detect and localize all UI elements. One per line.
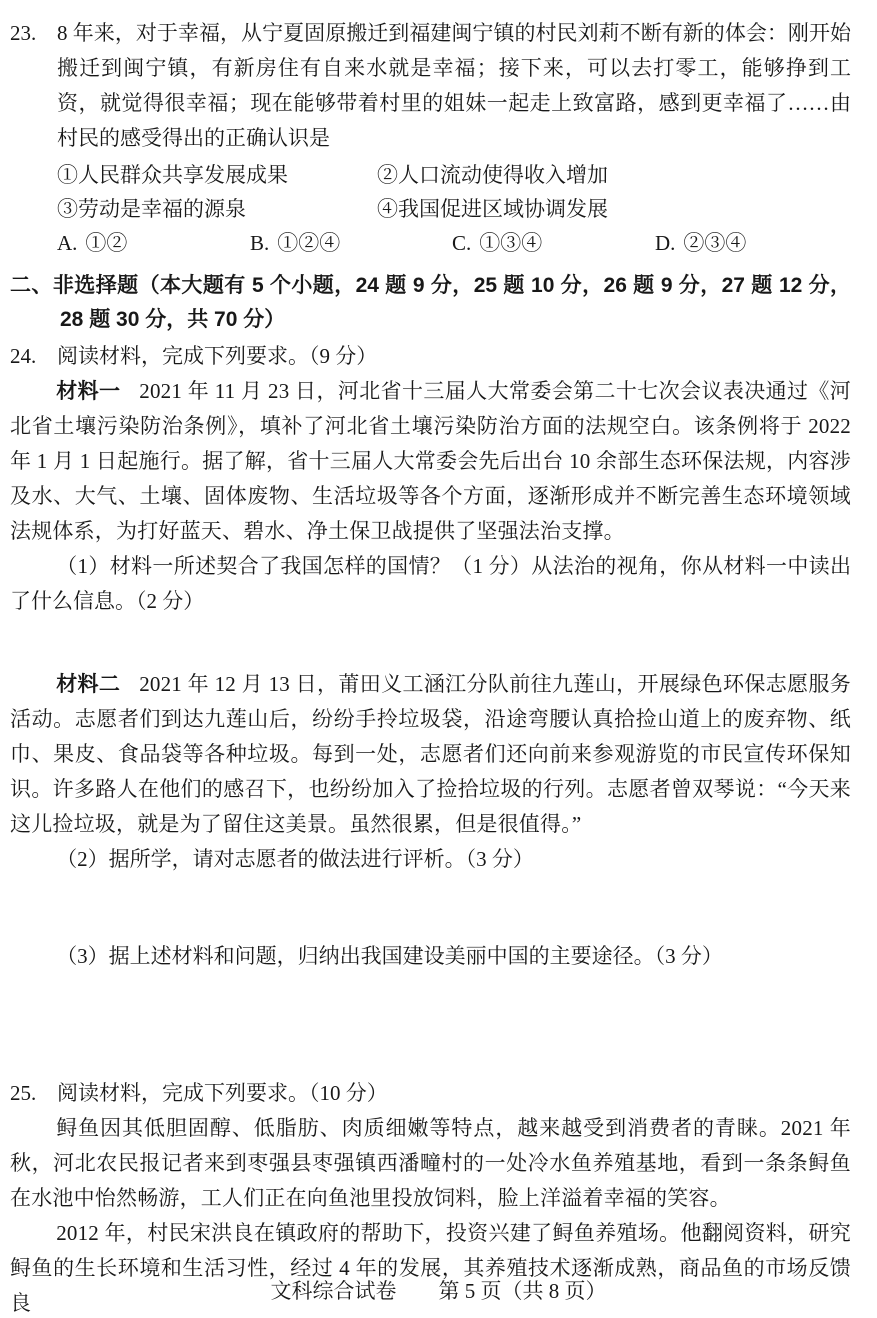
- choice-B: B.①②④: [250, 226, 452, 261]
- material-1-label: 材料一: [56, 379, 120, 403]
- choice-B-value: ①②④: [277, 231, 340, 255]
- option-1: ①人民群众共享发展成果: [57, 158, 377, 192]
- question-24-stem-text: 阅读材料，完成下列要求。（9 分）: [57, 344, 377, 368]
- question-25-paragraph-1: 鲟鱼因其低胆固醇、低脂肪、肉质细嫩等特点，越来越受到消费者的青睐。2021 年秋…: [10, 1111, 851, 1216]
- question-23-options: ①人民群众共享发展成果 ②人口流动使得收入增加 ③劳动是幸福的源泉 ④我国促进区…: [57, 158, 851, 226]
- option-4-text: 我国促进区域协调发展: [398, 197, 608, 221]
- material-1-text: 2021 年 11 月 23 日，河北省十三届人大常委会第二十七次会议表决通过《…: [10, 379, 851, 543]
- question-24-number: 24.: [10, 339, 57, 374]
- choice-C: C.①③④: [452, 226, 655, 261]
- option-2: ②人口流动使得收入增加: [377, 158, 851, 192]
- choice-A-label: A.: [57, 231, 77, 255]
- question-23-stem-text: 8 年来，对于幸福，从宁夏固原搬迁到福建闽宁镇的村民刘莉不断有新的体会：刚开始搬…: [57, 21, 851, 150]
- material-2: 材料二2021 年 12 月 13 日，莆田义工涵江分队前往九莲山，开展绿色环保…: [10, 667, 851, 842]
- choice-C-value: ①③④: [479, 231, 542, 255]
- question-25-number: 25.: [10, 1076, 57, 1111]
- choice-B-label: B.: [250, 231, 269, 255]
- sub-question-3: （3）据上述材料和问题，归纳出我国建设美丽中国的主要途径。（3 分）: [10, 939, 851, 974]
- question-23-stem: 23.8 年来，对于幸福，从宁夏固原搬迁到福建闽宁镇的村民刘莉不断有新的体会：刚…: [10, 16, 851, 156]
- question-23: 23.8 年来，对于幸福，从宁夏固原搬迁到福建闽宁镇的村民刘莉不断有新的体会：刚…: [10, 16, 851, 261]
- option-1-marker: ①: [57, 163, 78, 187]
- question-24-stem: 24.阅读材料，完成下列要求。（9 分）: [10, 339, 851, 374]
- choice-D-label: D.: [655, 231, 675, 255]
- sub-question-1: （1）材料一所述契合了我国怎样的国情？（1 分）从法治的视角，你从材料一中读出了…: [10, 549, 851, 619]
- answer-space-1: [10, 619, 851, 667]
- answer-space-3: [10, 974, 851, 1074]
- answer-space-2: [10, 877, 851, 939]
- question-23-choices: A.①② B.①②④ C.①③④ D.②③④: [57, 226, 851, 261]
- material-2-label: 材料二: [56, 672, 120, 696]
- choice-D-value: ②③④: [683, 231, 746, 255]
- question-25-stem-text: 阅读材料，完成下列要求。（10 分）: [57, 1081, 388, 1105]
- option-4-marker: ④: [377, 197, 398, 221]
- choice-C-label: C.: [452, 231, 471, 255]
- option-3-marker: ③: [57, 197, 78, 221]
- footer-page-info: 第 5 页（共 8 页）: [439, 1279, 607, 1303]
- question-25-stem: 25.阅读材料，完成下列要求。（10 分）: [10, 1076, 851, 1111]
- option-3-text: 劳动是幸福的源泉: [78, 197, 246, 221]
- sub-question-2: （2）据所学，请对志愿者的做法进行评析。（3 分）: [10, 842, 851, 877]
- option-2-text: 人口流动使得收入增加: [398, 163, 608, 187]
- footer-paper-title: 文科综合试卷: [271, 1279, 397, 1303]
- material-1: 材料一2021 年 11 月 23 日，河北省十三届人大常委会第二十七次会议表决…: [10, 374, 851, 549]
- option-1-text: 人民群众共享发展成果: [78, 163, 288, 187]
- section-2-heading: 二、非选择题（本大题有 5 个小题，24 题 9 分，25 题 10 分，26 …: [10, 269, 851, 337]
- option-4: ④我国促进区域协调发展: [377, 192, 851, 226]
- choice-A-value: ①②: [85, 231, 127, 255]
- exam-page: 23.8 年来，对于幸福，从宁夏固原搬迁到福建闽宁镇的村民刘莉不断有新的体会：刚…: [0, 0, 877, 1318]
- question-24: 24.阅读材料，完成下列要求。（9 分） 材料一2021 年 11 月 23 日…: [10, 339, 851, 1074]
- option-3: ③劳动是幸福的源泉: [57, 192, 377, 226]
- question-23-number: 23.: [10, 16, 57, 51]
- option-2-marker: ②: [377, 163, 398, 187]
- material-2-text: 2021 年 12 月 13 日，莆田义工涵江分队前往九莲山，开展绿色环保志愿服…: [10, 672, 851, 836]
- choice-A: A.①②: [57, 226, 250, 261]
- page-footer: 文科综合试卷第 5 页（共 8 页）: [0, 1276, 877, 1306]
- choice-D: D.②③④: [655, 226, 851, 261]
